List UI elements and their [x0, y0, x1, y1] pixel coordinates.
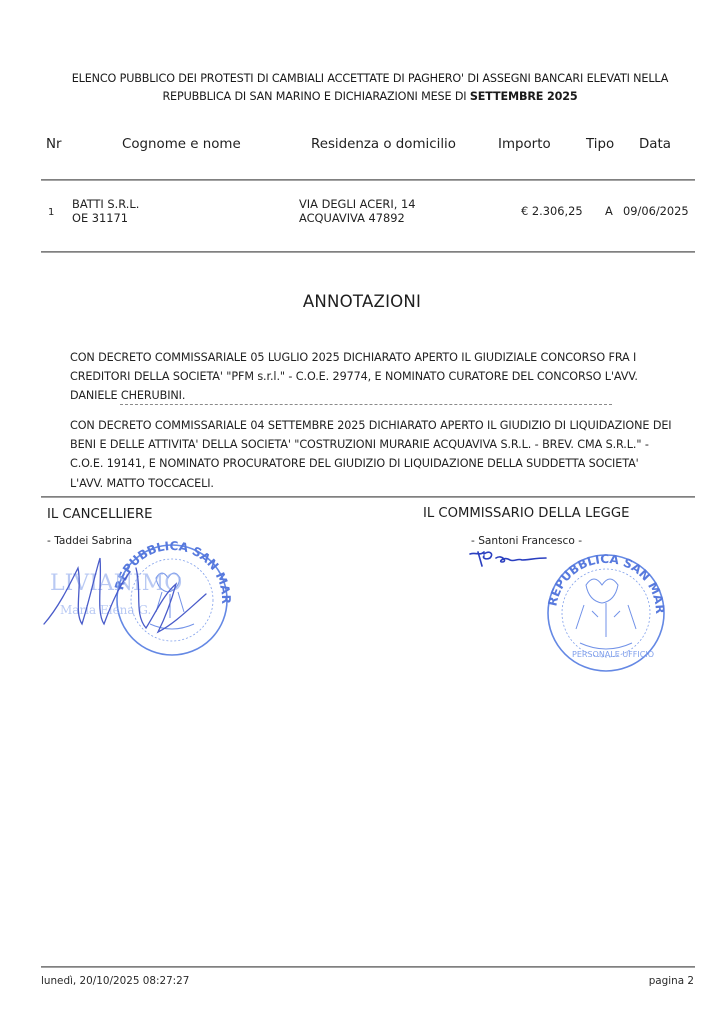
- row-date: 09/06/2025: [623, 204, 689, 218]
- official-stamp-left: REPUBBLICA SAN MARINO LIVIANIMO Maria El…: [38, 528, 238, 658]
- column-header-residence: Residenza o domicilio: [311, 137, 456, 152]
- footer-timestamp: lunedì, 20/10/2025 08:27:27: [41, 975, 189, 987]
- row-amount: € 2.306,25: [521, 204, 583, 218]
- column-header-amount: Importo: [498, 137, 551, 152]
- annotation-item: CON DECRETO COMMISSARIALE 04 SETTEMBRE 2…: [70, 416, 700, 493]
- annotation-separator: [120, 404, 612, 405]
- footer-divider: [41, 966, 695, 968]
- table-bottom-divider: [41, 251, 695, 253]
- title-line-1: ELENCO PUBBLICO DEI PROTESTI DI CAMBIALI…: [40, 70, 700, 88]
- document-title: ELENCO PUBBLICO DEI PROTESTI DI CAMBIALI…: [40, 70, 700, 106]
- annotations-heading: ANNOTAZIONI: [0, 292, 724, 311]
- svg-text:Maria Elena G.: Maria Elena G.: [60, 603, 151, 617]
- column-header-nr: Nr: [46, 137, 62, 152]
- title-month: SETTEMBRE 2025: [470, 90, 578, 103]
- row-type: A: [605, 204, 613, 218]
- row-address-line1: VIA DEGLI ACERI, 14: [299, 197, 415, 211]
- row-name: BATTI S.R.L.: [72, 197, 139, 211]
- annotation-item: CON DECRETO COMMISSARIALE 05 LUGLIO 2025…: [70, 348, 700, 406]
- column-header-type: Tipo: [586, 137, 614, 152]
- row-address-line2: ACQUAVIVA 47892: [299, 211, 405, 225]
- svg-text:PERSONALE UFFICIO: PERSONALE UFFICIO: [572, 650, 654, 659]
- page-number: pagina 2: [649, 975, 694, 987]
- column-header-name: Cognome e nome: [122, 137, 241, 152]
- table-header-divider: [41, 179, 695, 181]
- chancellor-title: IL CANCELLIERE: [47, 507, 152, 522]
- column-header-date: Data: [639, 137, 671, 152]
- commissioner-title: IL COMMISSARIO DELLA LEGGE: [423, 506, 629, 521]
- svg-text:REPUBBLICA SAN MARINO: REPUBBLICA SAN MARINO: [534, 545, 667, 614]
- row-number: 1: [48, 206, 54, 220]
- row-code: OE 31171: [72, 211, 128, 225]
- title-line-2: REPUBBLICA DI SAN MARINO E DICHIARAZIONI…: [40, 88, 700, 106]
- signature-divider: [41, 496, 695, 498]
- official-stamp-right: REPUBBLICA SAN MARINO PERSONALE UFFICIO: [534, 545, 674, 675]
